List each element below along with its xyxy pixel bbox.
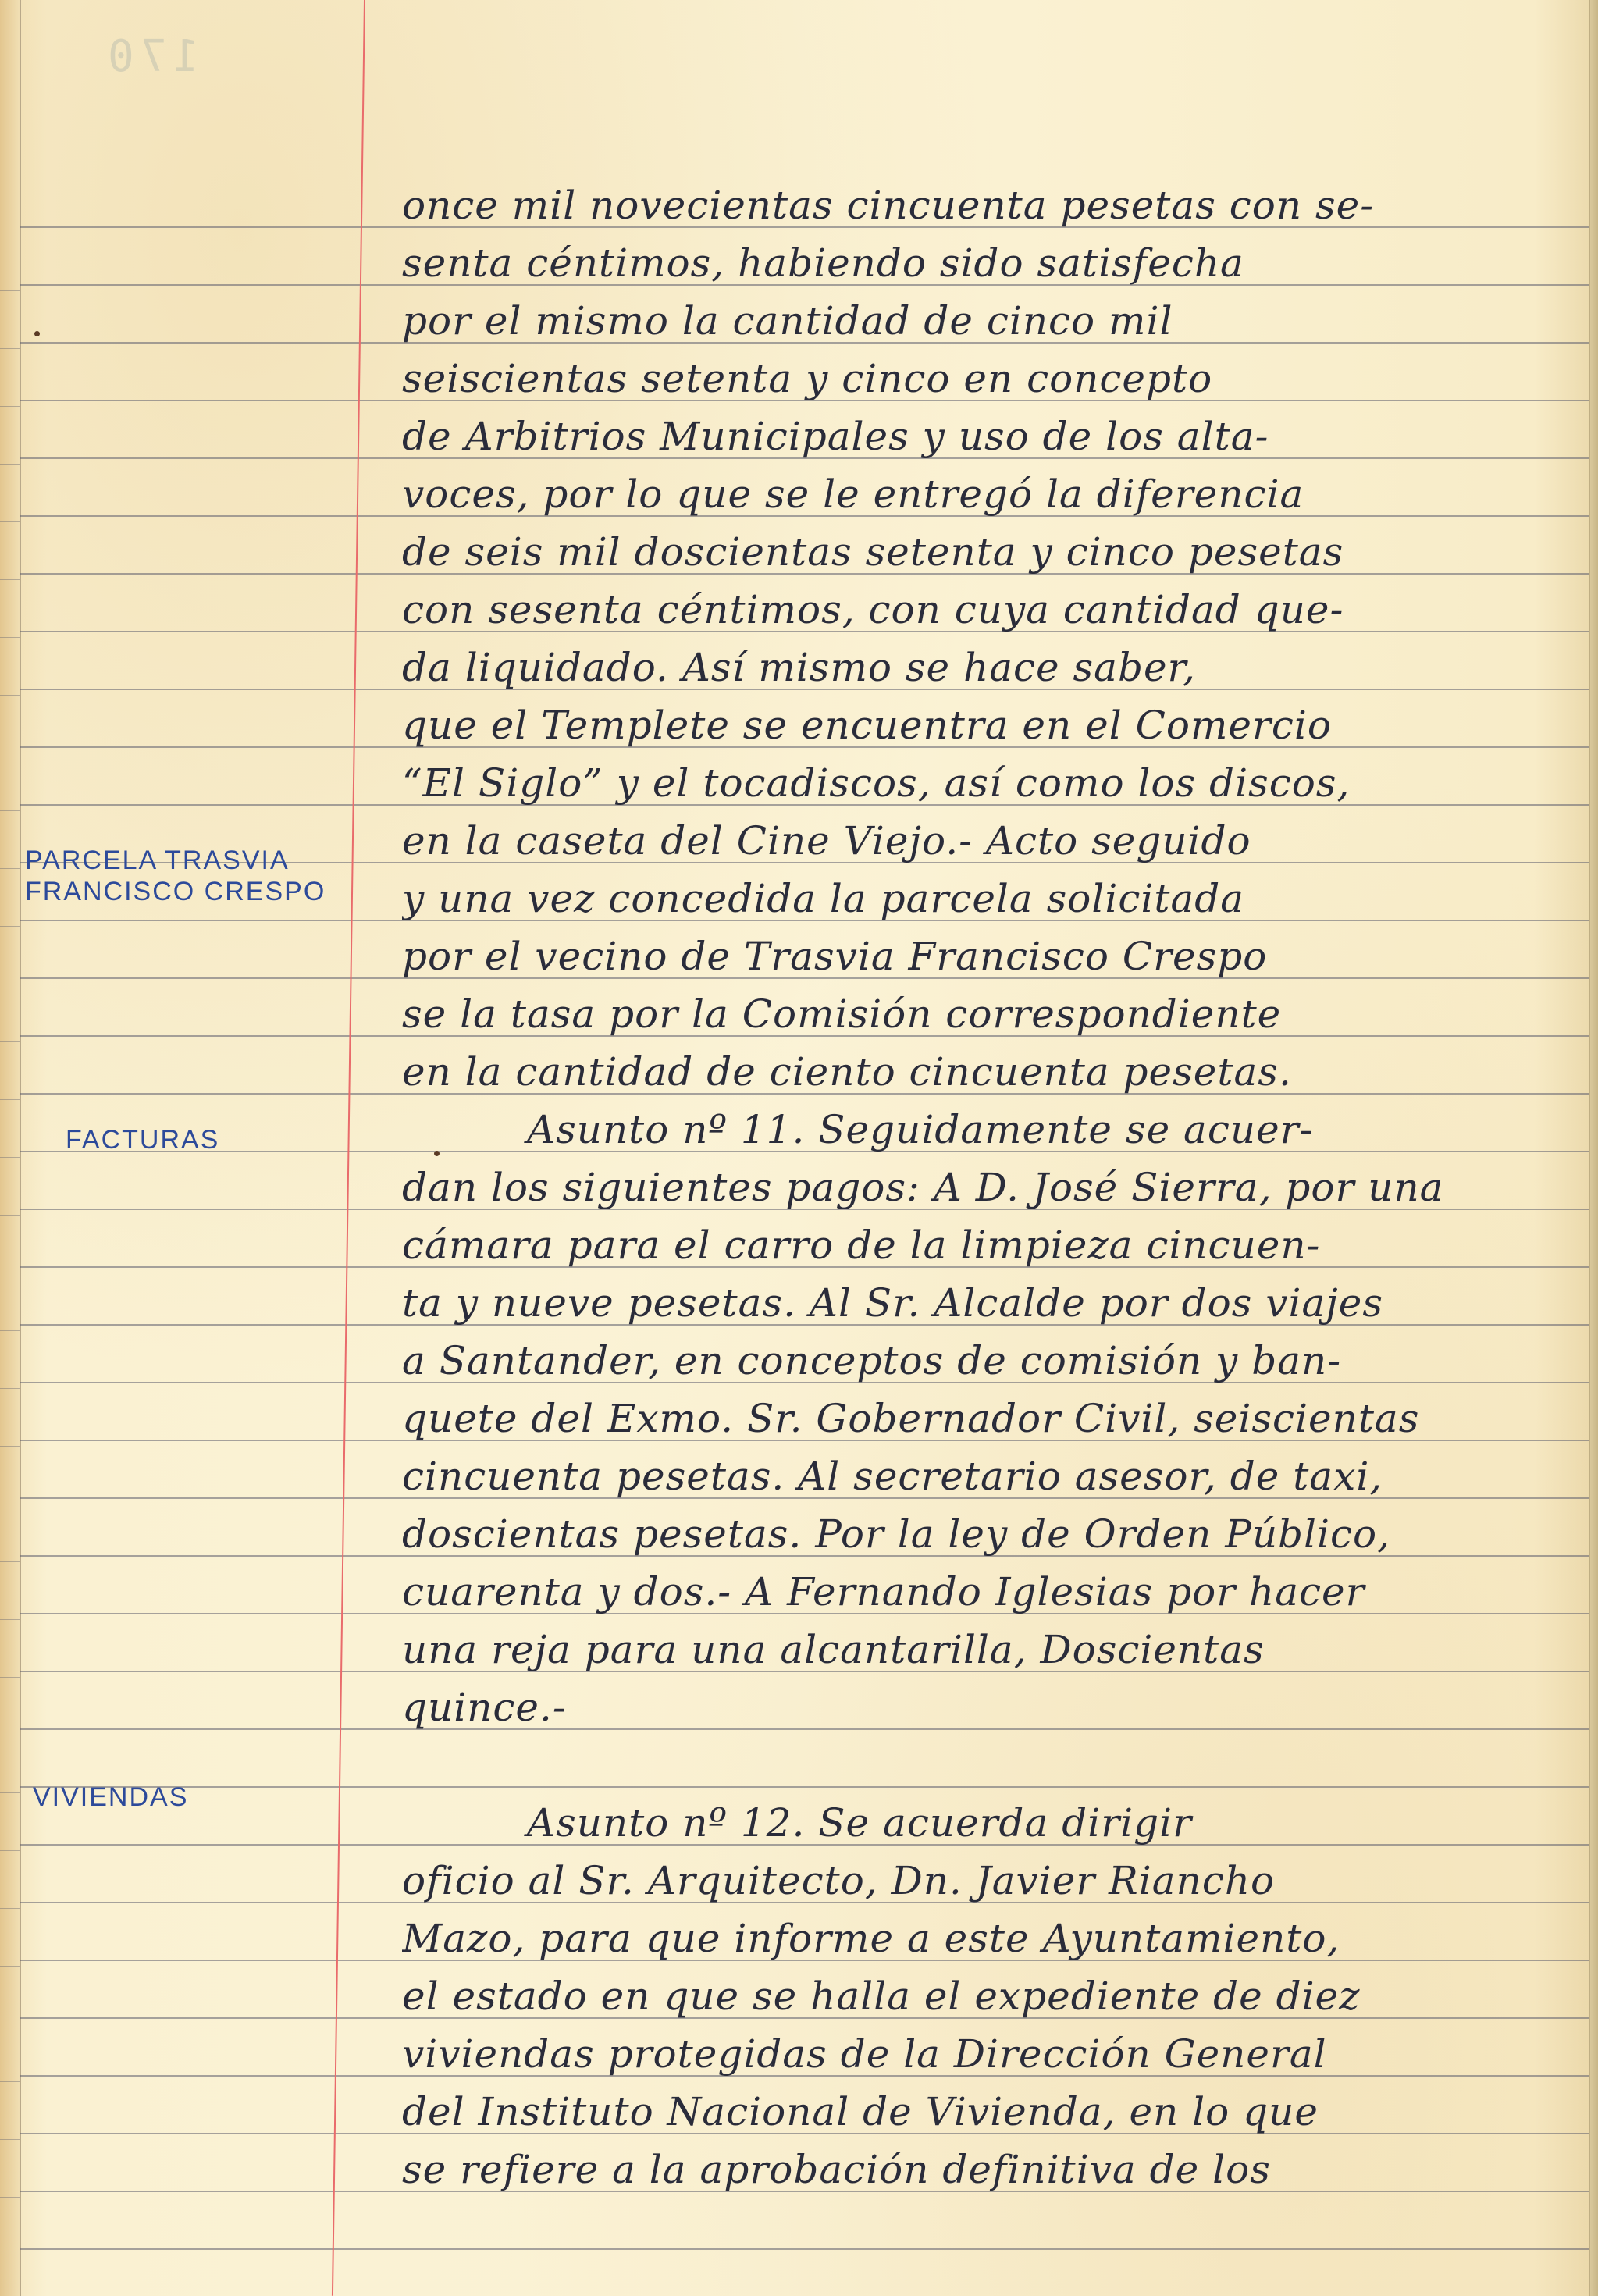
ruled-line bbox=[20, 1786, 1589, 1788]
ruled-line-stub bbox=[0, 1619, 20, 1620]
body-line-asunto-12: Asunto nº 12. Se acuerda dirigir bbox=[402, 1799, 1581, 1846]
ruled-line-stub bbox=[0, 1388, 20, 1389]
ruled-line-stub bbox=[0, 1792, 20, 1793]
margin-note-facturas: FACTURAS bbox=[66, 1124, 219, 1155]
ruled-line-stub bbox=[0, 926, 20, 927]
body-line: quete del Exmo. Sr. Gobernador Civil, se… bbox=[402, 1395, 1581, 1442]
body-line: quince.- bbox=[402, 1684, 1581, 1731]
body-line: da liquidado. Así mismo se hace saber, bbox=[402, 644, 1581, 691]
body-line: viviendas protegidas de la Dirección Gen… bbox=[402, 2031, 1581, 2077]
ruled-line-stub bbox=[0, 753, 20, 753]
ruled-line bbox=[20, 2248, 1589, 2250]
ruled-line-stub bbox=[0, 1099, 20, 1100]
ruled-line-stub bbox=[0, 1966, 20, 1967]
body-line: senta céntimos, habiendo sido satisfecha bbox=[402, 240, 1581, 287]
ruled-line-stub bbox=[0, 406, 20, 407]
ruled-line-stub bbox=[0, 464, 20, 465]
ruled-line-stub bbox=[0, 1446, 20, 1447]
ink-spot bbox=[34, 331, 40, 336]
ruled-line-stub bbox=[0, 1677, 20, 1678]
ruled-line-stub bbox=[0, 2197, 20, 2198]
ruled-line-stub bbox=[0, 984, 20, 984]
margin-note-line: PARCELA TRASVIA bbox=[25, 845, 326, 876]
body-line: cincuenta pesetas. Al secretario asesor,… bbox=[402, 1453, 1581, 1500]
body-line: “El Siglo” y el tocadiscos, así como los… bbox=[402, 760, 1581, 806]
ruled-line-stub bbox=[0, 2081, 20, 2082]
body-line: del Instituto Nacional de Vivienda, en l… bbox=[402, 2088, 1581, 2135]
body-line: en la cantidad de ciento cincuenta peset… bbox=[402, 1048, 1581, 1095]
ruled-line-stub bbox=[0, 1215, 20, 1216]
body-line: se la tasa por la Comisión correspondien… bbox=[402, 991, 1581, 1038]
body-line: voces, por lo que se le entregó la difer… bbox=[402, 471, 1581, 518]
body-line: a Santander, en conceptos de comisión y … bbox=[402, 1337, 1581, 1384]
body-line: Mazo, para que informe a este Ayuntamien… bbox=[402, 1915, 1581, 1962]
ruled-line-stub bbox=[0, 2024, 20, 2024]
ruled-line-stub bbox=[0, 1735, 20, 1735]
body-line: se refiere a la aprobación definitiva de… bbox=[402, 2146, 1581, 2193]
margin-note-line: FACTURAS bbox=[66, 1124, 219, 1155]
body-line: con sesenta céntimos, con cuya cantidad … bbox=[402, 586, 1581, 633]
ruled-line-stub bbox=[0, 1041, 20, 1042]
body-line: una reja para una alcantarilla, Doscient… bbox=[402, 1626, 1581, 1673]
body-line: cámara para el carro de la limpieza cinc… bbox=[402, 1222, 1581, 1269]
margin-note-line: VIVIENDAS bbox=[33, 1782, 188, 1813]
ruled-line-stub bbox=[0, 1330, 20, 1331]
body-line: en la caseta del Cine Viejo.- Acto segui… bbox=[402, 817, 1581, 864]
ruled-line-stub bbox=[0, 290, 20, 291]
ruled-line-stub bbox=[0, 695, 20, 696]
margin-note-line: FRANCISCO CRESPO bbox=[25, 876, 326, 907]
body-line: por el vecino de Trasvia Francisco Cresp… bbox=[402, 933, 1581, 980]
body-line: oficio al Sr. Arquitecto, Dn. Javier Ria… bbox=[402, 1857, 1581, 1904]
ruled-line-stub bbox=[0, 348, 20, 349]
margin-note-parcela: PARCELA TRASVIA FRANCISCO CRESPO bbox=[25, 845, 326, 907]
body-line: dan los siguientes pagos: A D. José Sier… bbox=[402, 1164, 1581, 1211]
ruled-line-stub bbox=[0, 637, 20, 638]
ruled-line-stub bbox=[0, 1908, 20, 1909]
ruled-line-stub bbox=[0, 1157, 20, 1158]
body-line: y una vez concedida la parcela solicitad… bbox=[402, 875, 1581, 922]
margin-note-viviendas: VIVIENDAS bbox=[33, 1782, 188, 1813]
ruled-line-stub bbox=[0, 2255, 20, 2255]
body-line: ta y nueve pesetas. Al Sr. Alcalde por d… bbox=[402, 1280, 1581, 1326]
body-line: por el mismo la cantidad de cinco mil bbox=[402, 297, 1581, 344]
ruled-line-stub bbox=[0, 868, 20, 869]
ruled-line-stub bbox=[0, 1561, 20, 1562]
page-number-bleedthrough: 170 bbox=[101, 31, 199, 82]
body-line: que el Templete se encuentra en el Comer… bbox=[402, 702, 1581, 749]
ruled-line-stub bbox=[0, 810, 20, 811]
body-line: seiscientas setenta y cinco en concepto bbox=[402, 355, 1581, 402]
ruled-line-stub bbox=[0, 521, 20, 522]
body-line: doscientas pesetas. Por la ley de Orden … bbox=[402, 1511, 1581, 1557]
ruled-line-stub bbox=[0, 579, 20, 580]
ruled-line-stub bbox=[0, 1850, 20, 1851]
ledger-page: 170 PARCELA TRASVIA FRANCISCO CRESPO FAC… bbox=[0, 0, 1598, 2296]
body-line: once mil novecientas cincuenta pesetas c… bbox=[402, 182, 1581, 229]
body-line: de Arbitrios Municipales y uso de los al… bbox=[402, 413, 1581, 460]
ruled-line-stub bbox=[0, 2139, 20, 2140]
body-line: cuarenta y dos.- A Fernando Iglesias por… bbox=[402, 1568, 1581, 1615]
body-line: de seis mil doscientas setenta y cinco p… bbox=[402, 529, 1581, 575]
ruled-line-stub bbox=[0, 1273, 20, 1273]
body-line-asunto-11: Asunto nº 11. Seguidamente se acuer- bbox=[402, 1106, 1581, 1153]
body-line: el estado en que se halla el expediente … bbox=[402, 1973, 1581, 2020]
ruled-line-stub bbox=[0, 233, 20, 233]
ruled-line-stub bbox=[0, 1504, 20, 1504]
